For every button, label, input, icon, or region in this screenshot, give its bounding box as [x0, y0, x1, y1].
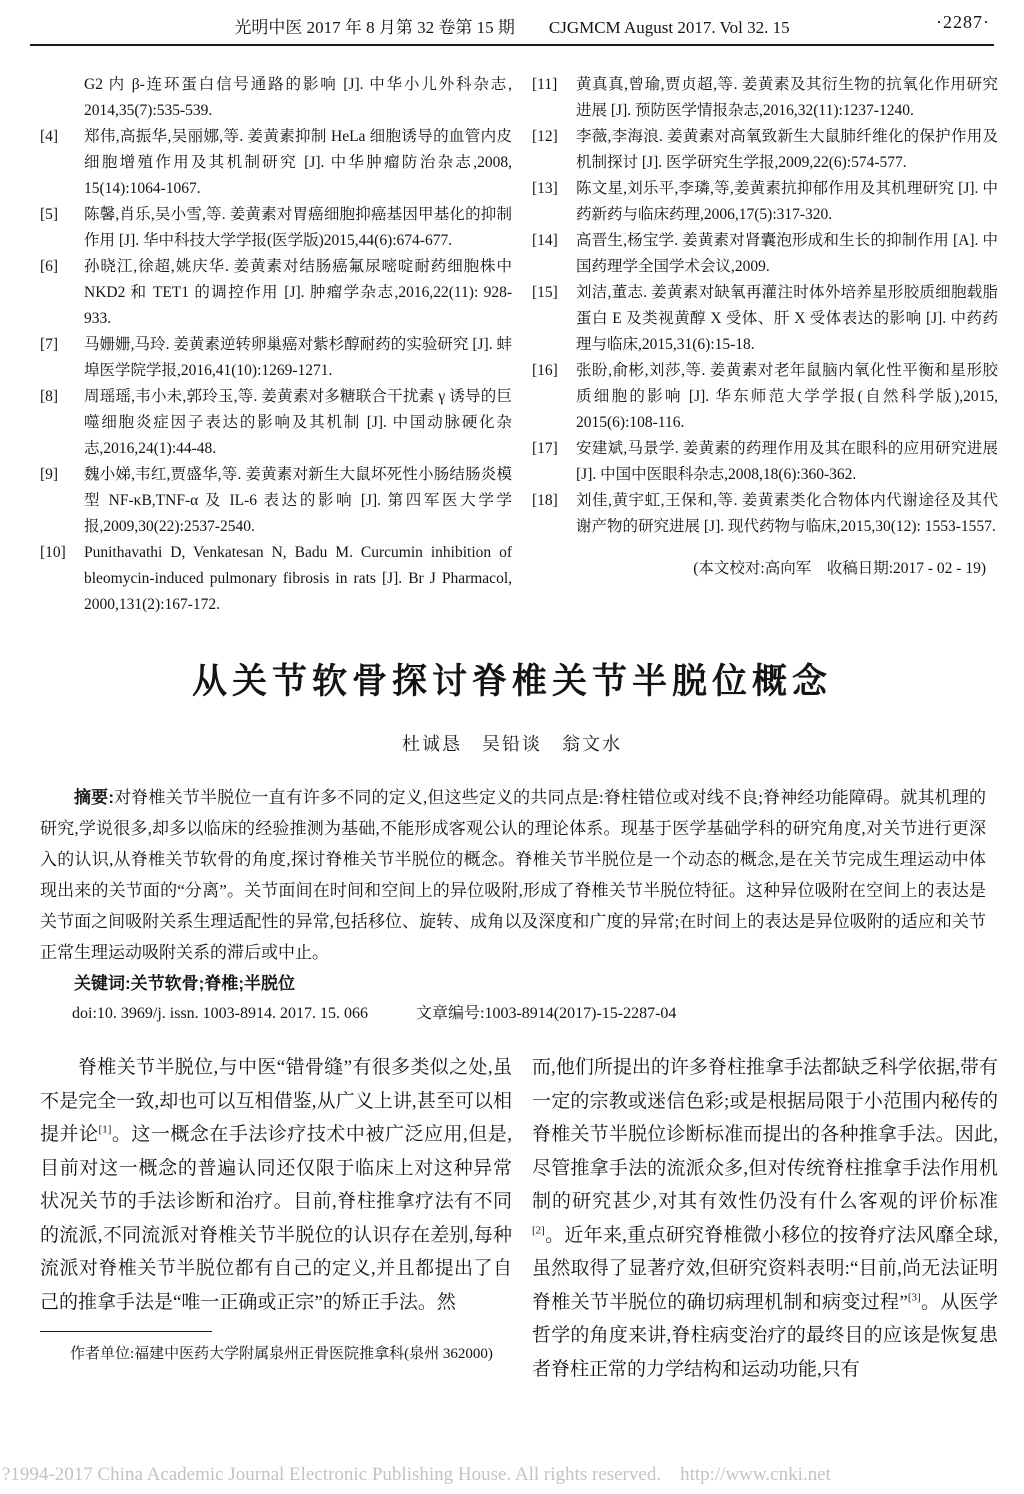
keywords-line: 关键词:关节软骨;脊椎;半脱位 [40, 968, 986, 999]
author-affiliation-footnote: 作者单位:福建中医药大学附属泉州正骨医院推拿科(泉州 362000) [40, 1331, 512, 1367]
abstract-label: 摘要: [74, 788, 114, 807]
page-header: 光明中医 2017 年 8 月第 32 卷第 15 期 CJGMCM Augus… [0, 0, 1024, 38]
body-right-column: 而,他们所提出的许多脊柱推拿手法都缺乏科学依据,带有一定的宗教或迷信色彩;或是根… [532, 1051, 998, 1386]
reference-item: [6]孙晓江,徐超,姚庆华. 姜黄素对结肠癌氟尿嘧啶耐药细胞株中 NKD2 和 … [40, 254, 512, 332]
reference-item: [11]黄真真,曾瑜,贾贞超,等. 姜黄素及其衍生物的抗氧化作用研究进展 [J]… [532, 72, 998, 124]
abstract-text: 对脊椎关节半脱位一直有许多不同的定义,但这些定义的共同点是:脊柱错位或对线不良;… [40, 788, 986, 962]
reference-text: Punithavathi D, Venkatesan N, Badu M. Cu… [84, 540, 512, 618]
reference-text: 陈馨,肖乐,吴小雪,等. 姜黄素对胃癌细胞抑癌基因甲基化的抑制作用 [J]. 华… [84, 202, 512, 254]
reference-label [40, 72, 84, 124]
author-affiliation: 作者单位:福建中医药大学附属泉州正骨医院推拿科(泉州 362000) [40, 1342, 512, 1367]
reference-text: 黄真真,曾瑜,贾贞超,等. 姜黄素及其衍生物的抗氧化作用研究进展 [J]. 预防… [576, 72, 998, 124]
doi-value: doi:10. 3969/j. issn. 1003-8914. 2017. 1… [72, 1005, 368, 1022]
reference-text: 刘佳,黄宇虹,王保和,等. 姜黄素类化合物体内代谢途径及其代谢产物的研究进展 [… [576, 488, 998, 540]
reference-item: [13]陈文星,刘乐平,李璘,等,姜黄素抗抑郁作用及其机理研究 [J]. 中药新… [532, 176, 998, 228]
reference-item: [18]刘佳,黄宇虹,王保和,等. 姜黄素类化合物体内代谢途径及其代谢产物的研究… [532, 488, 998, 540]
reference-text: 李薇,李海浪. 姜黄素对高氧致新生大鼠肺纤维化的保护作用及机制探讨 [J]. 医… [576, 124, 998, 176]
citation-marker: [2] [532, 1224, 545, 1236]
reference-item: [4]郑伟,高振华,吴丽娜,等. 姜黄素抑制 HeLa 细胞诱导的血管内皮细胞增… [40, 124, 512, 202]
reference-label: [8] [40, 384, 84, 462]
reference-text: 刘洁,董志. 姜黄素对缺氧再灌注时体外培养星形胶质细胞载脂蛋白 E 及类视黄醇 … [576, 280, 998, 358]
article-authors: 杜诚恳 吴铅谈 翁文水 [0, 730, 1024, 756]
reference-text: 高晋生,杨宝学. 姜黄素对肾囊泡形成和生长的抑制作用 [A]. 中国药理学全国学… [576, 228, 998, 280]
body-left-column: 脊椎关节半脱位,与中医“错骨缝”有很多类似之处,虽不是完全一致,却也可以互相借鉴… [40, 1051, 512, 1386]
reference-item: [10]Punithavathi D, Venkatesan N, Badu M… [40, 540, 512, 618]
references-left: G2 内 β-连环蛋白信号通路的影响 [J]. 中华小儿外科杂志, 2014,3… [40, 72, 512, 618]
reference-label: [7] [40, 332, 84, 384]
article-title: 从关节软骨探讨脊椎关节半脱位概念 [0, 654, 1024, 704]
reference-item: [17]安建斌,马景学. 姜黄素的药理作用及其在眼科的应用研究进展 [J]. 中… [532, 436, 998, 488]
references-section: G2 内 β-连环蛋白信号通路的影响 [J]. 中华小儿外科杂志, 2014,3… [0, 46, 1024, 618]
reference-text: G2 内 β-连环蛋白信号通路的影响 [J]. 中华小儿外科杂志, 2014,3… [84, 72, 512, 124]
references-right-wrap: [11]黄真真,曾瑜,贾贞超,等. 姜黄素及其衍生物的抗氧化作用研究进展 [J]… [532, 72, 998, 618]
citation-marker: [1] [99, 1124, 112, 1136]
body-right-paragraph: 而,他们所提出的许多脊柱推拿手法都缺乏科学依据,带有一定的宗教或迷信色彩;或是根… [532, 1051, 998, 1386]
reference-item: [5]陈馨,肖乐,吴小雪,等. 姜黄素对胃癌细胞抑癌基因甲基化的抑制作用 [J]… [40, 202, 512, 254]
citation-marker: [3] [908, 1291, 921, 1303]
cnki-watermark: ?1994-2017 China Academic Journal Electr… [2, 1464, 831, 1486]
reference-item: [12]李薇,李海浪. 姜黄素对高氧致新生大鼠肺纤维化的保护作用及机制探讨 [J… [532, 124, 998, 176]
reference-text: 周瑶瑶,韦小未,郭玲玉,等. 姜黄素对多糖联合干扰素 γ 诱导的巨噬细胞炎症因子… [84, 384, 512, 462]
proofread-note: (本文校对:高向军 收稿日期:2017 - 02 - 19) [532, 556, 998, 582]
reference-text: 安建斌,马景学. 姜黄素的药理作用及其在眼科的应用研究进展 [J]. 中国中医眼… [576, 436, 998, 488]
journal-title-en: CJGMCM August 2017. Vol 32. 15 [549, 18, 790, 38]
reference-label: [15] [532, 280, 576, 358]
reference-item: [16]张盼,俞彬,刘莎,等. 姜黄素对老年鼠脑内氧化性平衡和星形胶质细胞的影响… [532, 358, 998, 436]
page-number: ·2287· [936, 12, 990, 33]
reference-label: [5] [40, 202, 84, 254]
reference-label: [14] [532, 228, 576, 280]
reference-label: [6] [40, 254, 84, 332]
reference-item: [15]刘洁,董志. 姜黄素对缺氧再灌注时体外培养星形胶质细胞载脂蛋白 E 及类… [532, 280, 998, 358]
reference-item: [8]周瑶瑶,韦小未,郭玲玉,等. 姜黄素对多糖联合干扰素 γ 诱导的巨噬细胞炎… [40, 384, 512, 462]
reference-label: [10] [40, 540, 84, 618]
reference-item: [9]魏小娣,韦红,贾盛华,等. 姜黄素对新生大鼠坏死性小肠结肠炎模型 NF-κ… [40, 462, 512, 540]
article-meta: 摘要:对脊椎关节半脱位一直有许多不同的定义,但这些定义的共同点是:脊柱错位或对线… [0, 782, 1024, 1029]
body-left-paragraph: 脊椎关节半脱位,与中医“错骨缝”有很多类似之处,虽不是完全一致,却也可以互相借鉴… [40, 1051, 512, 1319]
reference-text: 魏小娣,韦红,贾盛华,等. 姜黄素对新生大鼠坏死性小肠结肠炎模型 NF-κB,T… [84, 462, 512, 540]
body-text-section: 脊椎关节半脱位,与中医“错骨缝”有很多类似之处,虽不是完全一致,却也可以互相借鉴… [0, 1029, 1024, 1386]
reference-label: [18] [532, 488, 576, 540]
reference-item: G2 内 β-连环蛋白信号通路的影响 [J]. 中华小儿外科杂志, 2014,3… [40, 72, 512, 124]
reference-text: 马姗姗,马玲. 姜黄素逆转卵巢癌对紫杉醇耐药的实验研究 [J]. 蚌埠医学院学报… [84, 332, 512, 384]
reference-item: [7]马姗姗,马玲. 姜黄素逆转卵巢癌对紫杉醇耐药的实验研究 [J]. 蚌埠医学… [40, 332, 512, 384]
reference-text: 郑伟,高振华,吴丽娜,等. 姜黄素抑制 HeLa 细胞诱导的血管内皮细胞增殖作用… [84, 124, 512, 202]
footnote-divider [40, 1331, 212, 1332]
reference-label: [17] [532, 436, 576, 488]
doi-line: doi:10. 3969/j. issn. 1003-8914. 2017. 1… [40, 999, 986, 1029]
reference-label: [13] [532, 176, 576, 228]
reference-label: [4] [40, 124, 84, 202]
journal-info: 光明中医 2017 年 8 月第 32 卷第 15 期 CJGMCM Augus… [234, 13, 789, 38]
reference-item: [14]高晋生,杨宝学. 姜黄素对肾囊泡形成和生长的抑制作用 [A]. 中国药理… [532, 228, 998, 280]
reference-label: [12] [532, 124, 576, 176]
reference-label: [9] [40, 462, 84, 540]
article-number: 文章编号:1003-8914(2017)-15-2287-04 [416, 1005, 676, 1022]
references-right: [11]黄真真,曾瑜,贾贞超,等. 姜黄素及其衍生物的抗氧化作用研究进展 [J]… [532, 72, 998, 540]
reference-label: [16] [532, 358, 576, 436]
reference-label: [11] [532, 72, 576, 124]
reference-text: 张盼,俞彬,刘莎,等. 姜黄素对老年鼠脑内氧化性平衡和星形胶质细胞的影响 [J]… [576, 358, 998, 436]
reference-text: 孙晓江,徐超,姚庆华. 姜黄素对结肠癌氟尿嘧啶耐药细胞株中 NKD2 和 TET… [84, 254, 512, 332]
journal-title-cn: 光明中医 2017 年 8 月第 32 卷第 15 期 [234, 13, 515, 38]
reference-text: 陈文星,刘乐平,李璘,等,姜黄素抗抑郁作用及其机理研究 [J]. 中药新药与临床… [576, 176, 998, 228]
abstract-paragraph: 摘要:对脊椎关节半脱位一直有许多不同的定义,但这些定义的共同点是:脊柱错位或对线… [40, 782, 986, 968]
